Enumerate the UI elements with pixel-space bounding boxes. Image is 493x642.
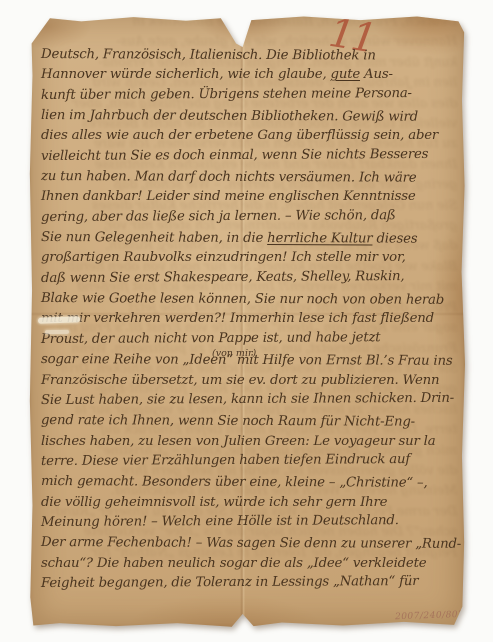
handwritten-letter-text: Deutsch, Französisch, Italienisch. Die B… <box>41 45 463 594</box>
handwritten-line: mich gemacht. Besonders über eine, klein… <box>41 472 463 494</box>
pencil-catalog-number: 2007/240/802 <box>395 610 465 622</box>
handwritten-line: Ihnen dankbar! Leider sind meine englisc… <box>41 187 463 207</box>
handwritten-line: die völlig geheimnisvoll ist, würde ich … <box>41 493 463 513</box>
handwritten-line: gend rate ich Ihnen, wenn Sie noch Raum … <box>41 411 463 433</box>
handwritten-line: großartigen Raubvolks einzudringen! Ich … <box>41 248 463 268</box>
handwritten-line: Meinung hören! – Welch eine Hölle ist in… <box>41 511 463 534</box>
handwritten-line: Sie Lust haben, sie zu lesen, kann ich s… <box>41 389 463 412</box>
handwritten-line: Deutsch, Französisch, Italienisch. Die B… <box>41 45 463 67</box>
handwritten-line: Französische übersetzt, um sie ev. dort … <box>41 371 463 391</box>
handwritten-line: daß wenn Sie erst Shakespeare, Keats, Sh… <box>41 267 463 290</box>
letter-paper: Deutsch, Französisch, Italienisch. Die B… <box>29 14 465 628</box>
handwritten-line: Feigheit begangen, die Toleranz in Lessi… <box>41 572 463 595</box>
handwritten-line: Hannover würde sicherlich, wie ich glaub… <box>41 65 463 85</box>
ghost-line: Deutsch, Französisch, Italienisch. Die B… <box>37 14 457 31</box>
handwritten-line: schau“? Die haben neulich sogar die als … <box>41 554 463 574</box>
handwritten-line: vielleicht tun Sie es doch einmal, wenn … <box>41 145 463 168</box>
handwritten-line: mit mir verkehren werden?! Immerhin lese… <box>41 309 463 329</box>
handwritten-line: lien im Jahrbuch der deutschen Bibliothe… <box>41 106 463 128</box>
handwritten-line: dies alles wie auch der erbetene Gang üb… <box>41 126 463 146</box>
interlinear-insertion: (von mir) <box>212 344 256 364</box>
handwritten-line: lisches haben, zu lesen von Julien Green… <box>41 432 463 452</box>
handwritten-line: terre. Diese vier Erzählungen haben tief… <box>41 450 463 473</box>
handwritten-line: zu tun haben. Man darf doch nichts versä… <box>41 167 463 189</box>
handwritten-line: Blake wie Goethe lesen können, Sie nur n… <box>41 289 463 311</box>
handwritten-line: Sie nun Gelegenheit haben, in die herrli… <box>41 228 463 250</box>
handwritten-line: gering, aber das ließe sich ja lernen. –… <box>41 206 463 229</box>
handwritten-line: kunft über mich geben. Übrigens stehen m… <box>41 83 463 106</box>
handwritten-line: Der arme Fechenbach! – Was sagen Sie den… <box>41 533 463 555</box>
photo-background: Deutsch, Französisch, Italienisch. Die B… <box>0 0 493 642</box>
white-correction-smudge <box>45 330 69 334</box>
